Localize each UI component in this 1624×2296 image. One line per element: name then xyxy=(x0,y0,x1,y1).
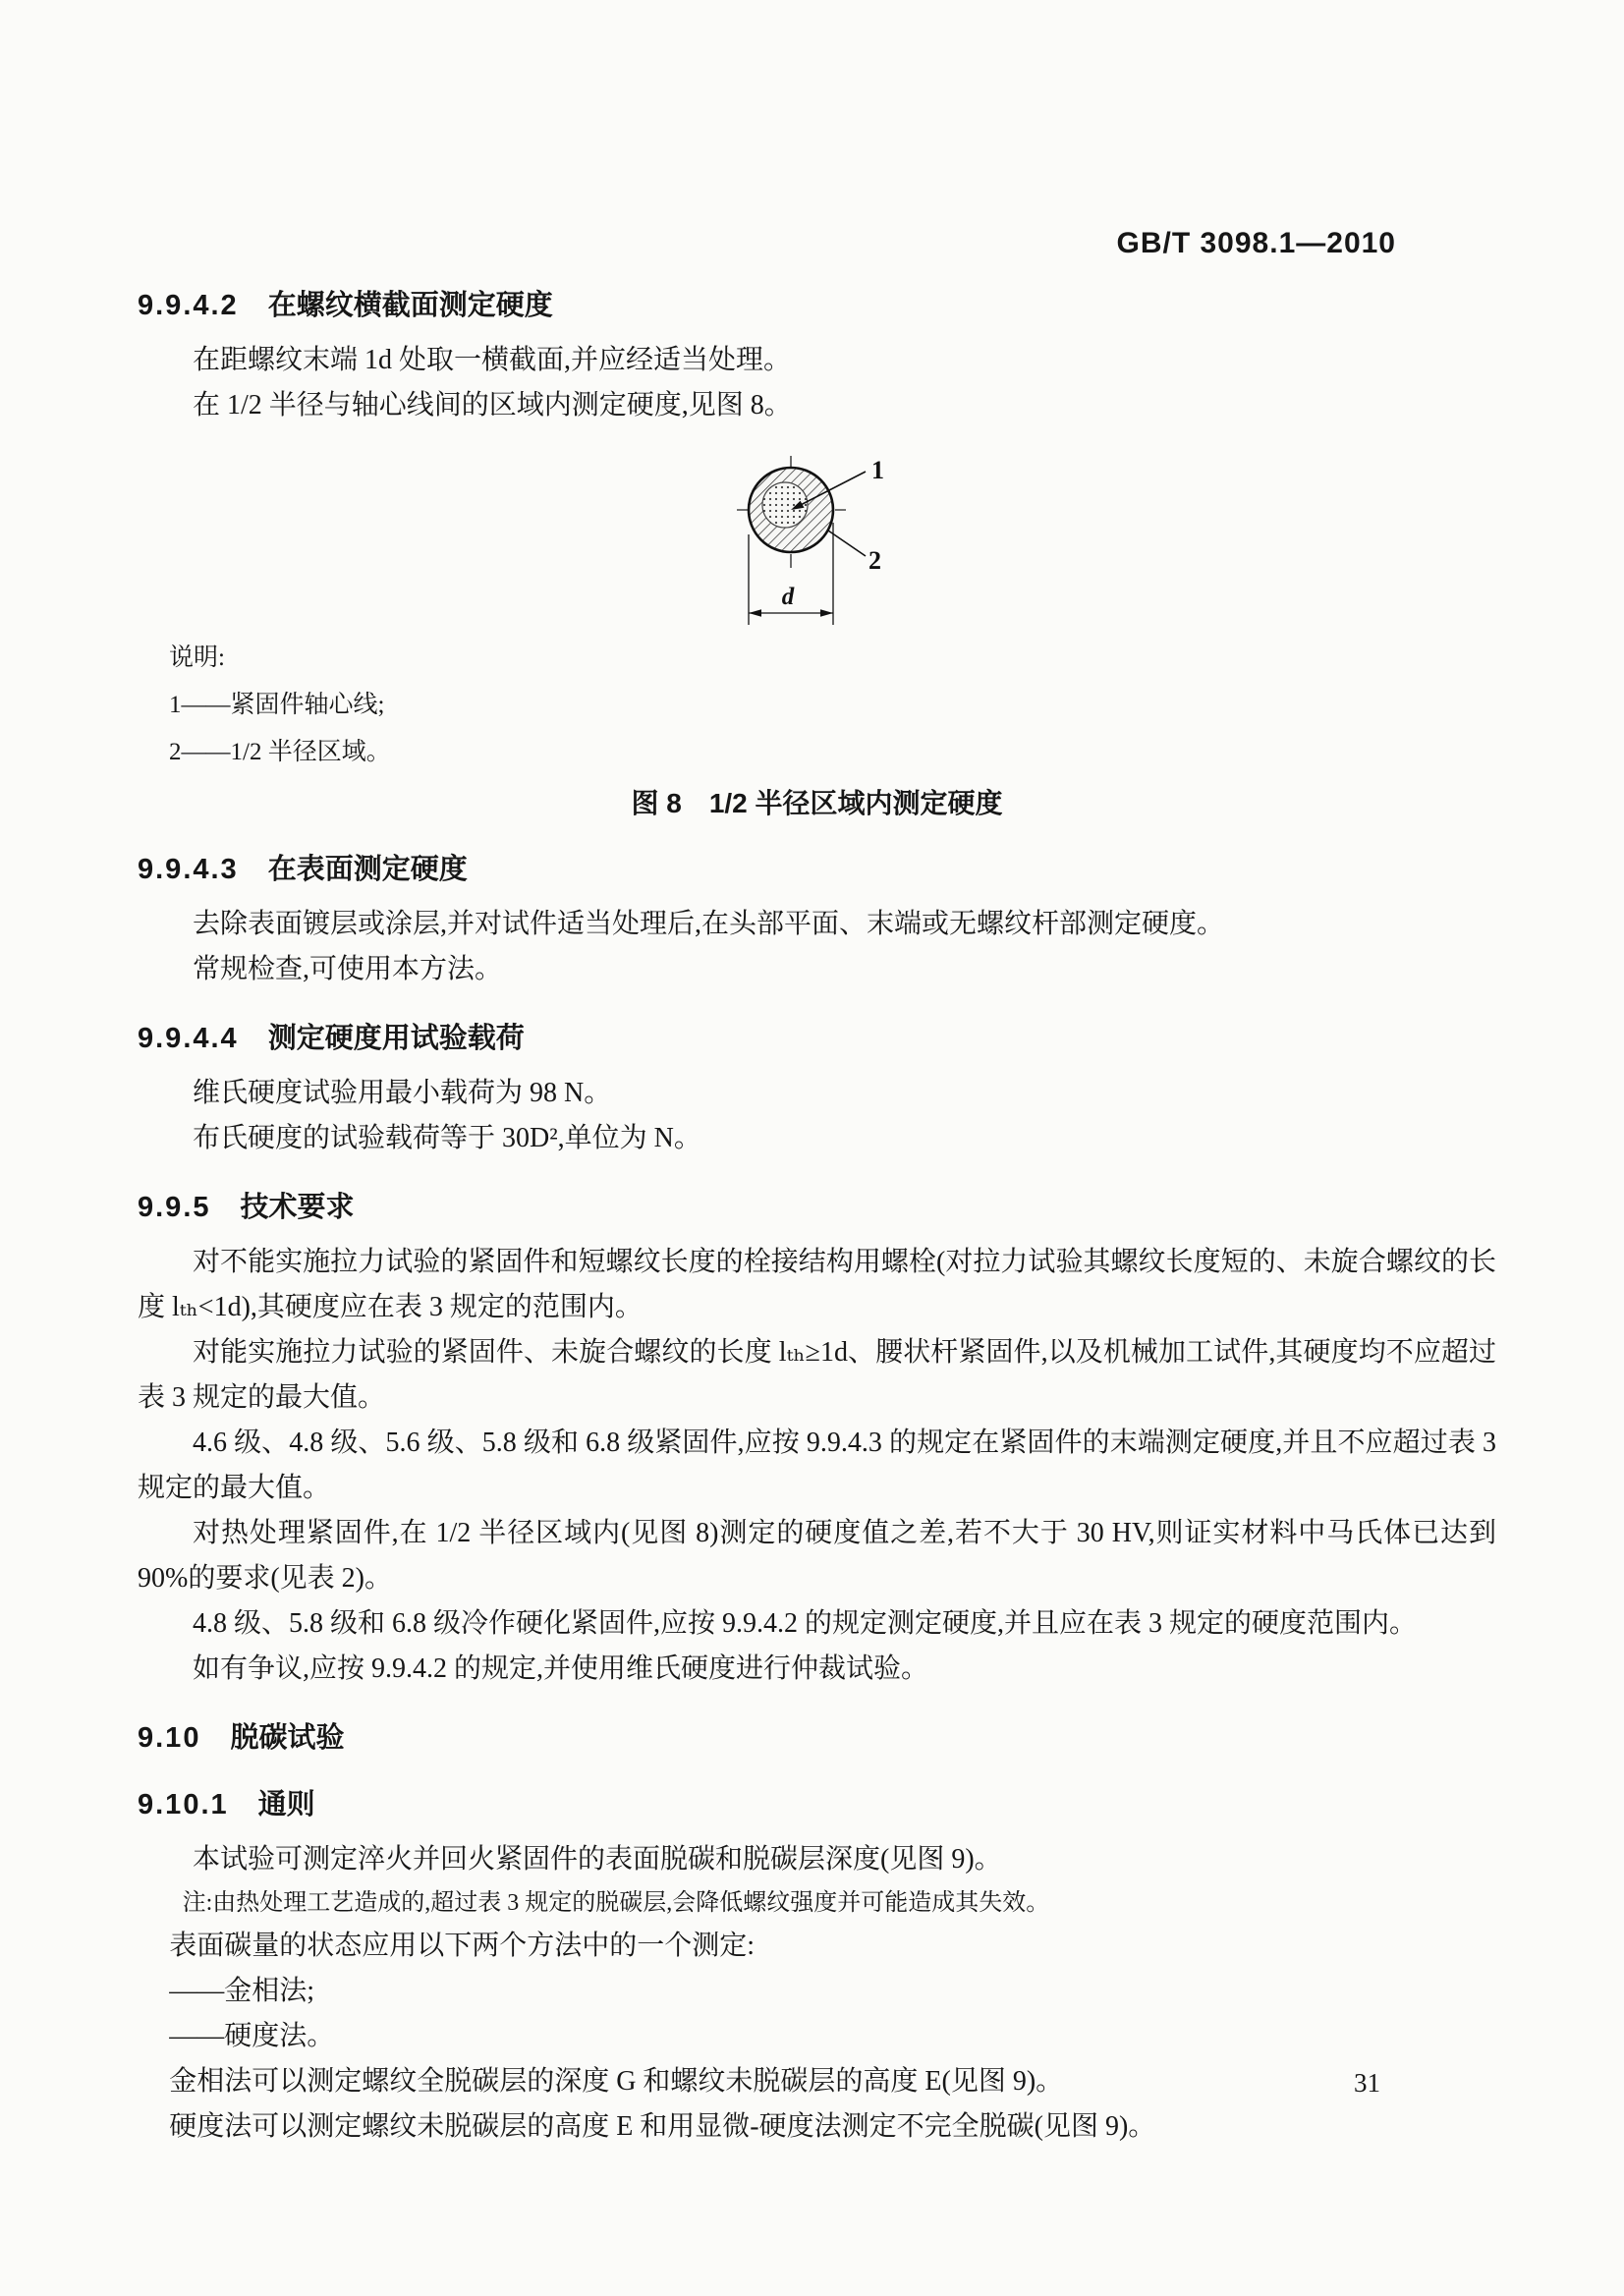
paragraph: 表面碳量的状态应用以下两个方法中的一个测定: xyxy=(138,1924,1496,1969)
callout-2-label: 2 xyxy=(868,546,881,575)
document-page: GB/T 3098.1—2010 9.9.4.2在螺纹横截面测定硬度 在距螺纹末… xyxy=(0,0,1624,2296)
paragraph: 4.8 级、5.8 级和 6.8 级冷作硬化紧固件,应按 9.9.4.2 的规定… xyxy=(138,1601,1496,1647)
paragraph: 如有争议,应按 9.9.4.2 的规定,并使用维氏硬度进行仲裁试验。 xyxy=(138,1647,1496,1692)
paragraph: 常规检查,可使用本方法。 xyxy=(138,947,1496,992)
paragraph: 在 1/2 半径与轴心线间的区域内测定硬度,见图 8。 xyxy=(138,383,1496,428)
paragraph: 4.6 级、4.8 级、5.6 级、5.8 级和 6.8 级紧固件,应按 9.9… xyxy=(138,1421,1496,1511)
section-heading-995: 9.9.5技术要求 xyxy=(138,1187,1496,1228)
paragraph: 布氏硬度的试验载荷等于 30D²,单位为 N。 xyxy=(138,1116,1496,1161)
section-title: 测定硬度用试验载荷 xyxy=(268,1023,525,1054)
section-title: 在螺纹横截面测定硬度 xyxy=(268,290,553,321)
paragraph: 对能实施拉力试验的紧固件、未旋合螺纹的长度 lₜₕ≥1d、腰状杆紧固件,以及机械… xyxy=(138,1330,1496,1421)
paragraph: 去除表面镀层或涂层,并对试件适当处理后,在头部平面、末端或无螺纹杆部测定硬度。 xyxy=(138,902,1496,947)
section-number: 9.9.4.4 xyxy=(138,1023,239,1054)
figure-8-diagram: d 1 2 xyxy=(686,432,1010,635)
legend-item: 2——1/2 半径区域。 xyxy=(169,729,1496,776)
figure-8-caption: 图 8 1/2 半径区域内测定硬度 xyxy=(138,784,1496,823)
section-number: 9.10.1 xyxy=(138,1789,229,1820)
section-title: 技术要求 xyxy=(241,1192,355,1223)
paragraph: 本试验可测定淬火并回火紧固件的表面脱碳和脱碳层深度(见图 9)。 xyxy=(138,1837,1496,1882)
section-heading-9101: 9.10.1通则 xyxy=(138,1784,1496,1825)
section-title: 通则 xyxy=(258,1789,315,1820)
callout-2-leader xyxy=(828,531,866,556)
paragraph: 硬度法可以测定螺纹未脱碳层的高度 E 和用显微-硬度法测定不完全脱碳(见图 9)… xyxy=(138,2104,1496,2150)
paragraph: 维氏硬度试验用最小载荷为 98 N。 xyxy=(138,1071,1496,1116)
paragraph: 在距螺纹末端 1d 处取一横截面,并应经适当处理。 xyxy=(138,338,1496,383)
paragraph: 对不能实施拉力试验的紧固件和短螺纹长度的栓接结构用螺栓(对拉力试验其螺纹长度短的… xyxy=(138,1240,1496,1330)
figure-8-legend: 说明: 1——紧固件轴心线; 2——1/2 半径区域。 xyxy=(169,635,1496,776)
list-item: ——金相法; xyxy=(138,1969,1496,2014)
figure-8: d 1 2 说明: 1——紧固件轴心线; 2——1/2 半径区域。 图 8 1/… xyxy=(138,432,1496,823)
section-number: 9.9.5 xyxy=(138,1192,211,1223)
section-number: 9.9.4.2 xyxy=(138,290,239,321)
section-heading-9944: 9.9.4.4测定硬度用试验载荷 xyxy=(138,1018,1496,1059)
dim-arrow-left xyxy=(749,609,761,616)
doc-number-header: GB/T 3098.1—2010 xyxy=(138,228,1496,259)
section-heading-9943: 9.9.4.3在表面测定硬度 xyxy=(138,849,1496,890)
callout-1-label: 1 xyxy=(871,456,884,484)
section-heading-9942: 9.9.4.2在螺纹横截面测定硬度 xyxy=(138,285,1496,326)
paragraph: 金相法可以测定螺纹全脱碳层的深度 G 和螺纹未脱碳层的高度 E(见图 9)。 xyxy=(138,2059,1496,2104)
section-title: 在表面测定硬度 xyxy=(268,854,468,885)
paragraph: 对热处理紧固件,在 1/2 半径区域内(见图 8)测定的硬度值之差,若不大于 3… xyxy=(138,1511,1496,1601)
page-number: 31 xyxy=(1354,2067,1380,2099)
section-heading-910: 9.10脱碳试验 xyxy=(138,1717,1496,1759)
legend-item: 1——紧固件轴心线; xyxy=(169,682,1496,729)
section-number: 9.9.4.3 xyxy=(138,854,239,885)
dim-arrow-right xyxy=(820,609,833,616)
dimension-label-d: d xyxy=(782,584,795,610)
list-item: ——硬度法。 xyxy=(138,2014,1496,2059)
note-paragraph: 注:由热处理工艺造成的,超过表 3 规定的脱碳层,会降低螺纹强度并可能造成其失效… xyxy=(138,1882,1496,1924)
section-title: 脱碳试验 xyxy=(230,1722,344,1754)
legend-title: 说明: xyxy=(169,635,1496,682)
section-number: 9.10 xyxy=(138,1722,200,1754)
